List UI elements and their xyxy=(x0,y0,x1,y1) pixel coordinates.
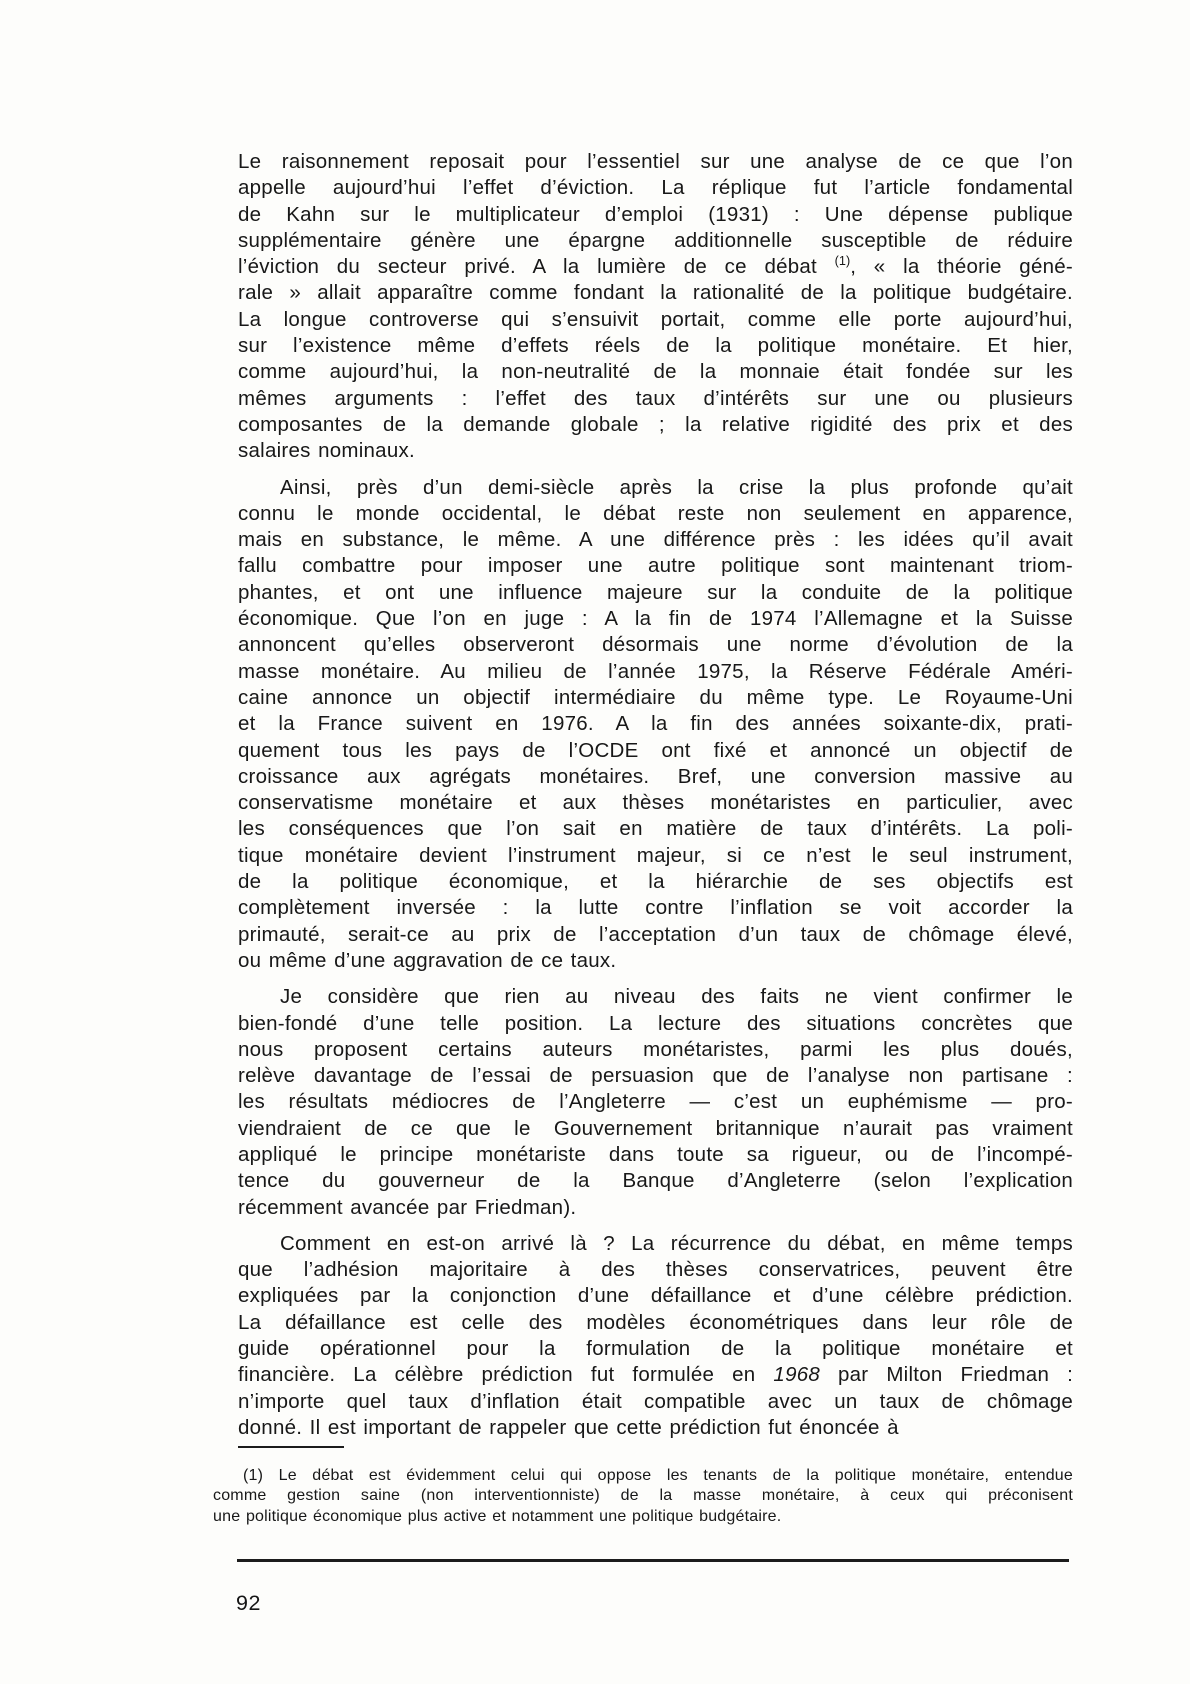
text-line: de Kahn sur le multiplicateur d’emploi (… xyxy=(238,202,1073,228)
paragraph-1: Le raisonnement reposait pour l’essentie… xyxy=(238,149,1073,465)
page-number: 92 xyxy=(236,1591,261,1616)
footnote-line: une politique économique plus active et … xyxy=(213,1507,1073,1527)
text-line: annoncent qu’elles observeront désormais… xyxy=(238,632,1073,658)
text-line: expliquées par la conjonction d’une défa… xyxy=(238,1283,1073,1309)
text-line: sur l’existence même d’effets réels de l… xyxy=(238,333,1073,359)
scanned-page: Le raisonnement reposait pour l’essentie… xyxy=(0,0,1190,1684)
text-line: supplémentaire génère une épargne additi… xyxy=(238,228,1073,254)
text-line: fallu combattre pour imposer une autre p… xyxy=(238,553,1073,579)
text-line: Je considère que rien au niveau des fait… xyxy=(238,984,1073,1010)
text-line: Le raisonnement reposait pour l’essentie… xyxy=(238,149,1073,175)
text-line: appliqué le principe monétariste dans to… xyxy=(238,1142,1073,1168)
text-line: conservatisme monétaire et aux thèses mo… xyxy=(238,790,1073,816)
text-line: nous proposent certains auteurs monétari… xyxy=(238,1037,1073,1063)
text-line: que l’adhésion majoritaire à des thèses … xyxy=(238,1257,1073,1283)
footnote-line: comme gestion saine (non interventionnis… xyxy=(213,1486,1073,1506)
text-line: croissance aux agrégats monétaires. Bref… xyxy=(238,764,1073,790)
text-line: mais en substance, le même. A une différ… xyxy=(238,527,1073,553)
footnote-paragraph: (1) Le débat est évidemment celui qui op… xyxy=(213,1466,1073,1527)
text-line: et la France suivent en 1976. A la fin d… xyxy=(238,711,1073,737)
text-line: donné. Il est important de rappeler que … xyxy=(238,1415,1073,1441)
text-line: caine annonce un objectif intermédiaire … xyxy=(238,685,1073,711)
text-line: financière. La célèbre prédiction fut fo… xyxy=(238,1362,1073,1388)
text-line: l’éviction du secteur privé. A la lumièr… xyxy=(238,254,1073,280)
text-line: n’importe quel taux d’inflation était co… xyxy=(238,1389,1073,1415)
text-line: appelle aujourd’hui l’effet d’éviction. … xyxy=(238,175,1073,201)
text-line: mêmes arguments : l’effet des taux d’int… xyxy=(238,386,1073,412)
text-line: économique. Que l’on en juge : A la fin … xyxy=(238,606,1073,632)
paragraph-2: Ainsi, près d’un demi-siècle après la cr… xyxy=(238,475,1073,975)
footnote-separator-rule xyxy=(238,1446,344,1448)
text-line: les résultats médiocres de l’Angleterre … xyxy=(238,1089,1073,1115)
text-line: composantes de la demande globale ; la r… xyxy=(238,412,1073,438)
text-line: connu le monde occidental, le débat rest… xyxy=(238,501,1073,527)
text-line: Ainsi, près d’un demi-siècle après la cr… xyxy=(238,475,1073,501)
footnote: (1) Le débat est évidemment celui qui op… xyxy=(213,1466,1073,1527)
text-line: quement tous les pays de l’OCDE ont fixé… xyxy=(238,738,1073,764)
text-column: Le raisonnement reposait pour l’essentie… xyxy=(238,149,1073,1441)
text-line: complètement inversée : la lutte contre … xyxy=(238,895,1073,921)
text-line: ou même d’une aggravation de ce taux. xyxy=(238,948,1073,974)
text-line: les conséquences que l’on sait en matièr… xyxy=(238,816,1073,842)
text-line: rale » allait apparaître comme fondant l… xyxy=(238,280,1073,306)
text-line: tique monétaire devient l’instrument maj… xyxy=(238,843,1073,869)
text-line: comme aujourd’hui, la non-neutralité de … xyxy=(238,359,1073,385)
text-line: bien-fondé d’une telle position. La lect… xyxy=(238,1011,1073,1037)
text-line: masse monétaire. Au milieu de l’année 19… xyxy=(238,659,1073,685)
text-line: viendraient de ce que le Gouvernement br… xyxy=(238,1116,1073,1142)
text-line: récemment avancée par Friedman). xyxy=(238,1195,1073,1221)
text-line: La longue controverse qui s’ensuivit por… xyxy=(238,307,1073,333)
text-line: tence du gouverneur de la Banque d’Angle… xyxy=(238,1168,1073,1194)
text-line: La défaillance est celle des modèles éco… xyxy=(238,1310,1073,1336)
text-line: relève davantage de l’essai de persuasio… xyxy=(238,1063,1073,1089)
text-line: de la politique économique, et la hiérar… xyxy=(238,869,1073,895)
text-line: salaires nominaux. xyxy=(238,438,1073,464)
paragraph-3: Je considère que rien au niveau des fait… xyxy=(238,984,1073,1221)
paragraph-4: Comment en est-on arrivé là ? La récurre… xyxy=(238,1231,1073,1441)
bottom-rule xyxy=(237,1559,1069,1562)
text-line: primauté, serait-ce au prix de l’accepta… xyxy=(238,922,1073,948)
text-line: phantes, et ont une influence majeure su… xyxy=(238,580,1073,606)
footnote-line: (1) Le débat est évidemment celui qui op… xyxy=(213,1466,1073,1486)
text-line: guide opérationnel pour la formulation d… xyxy=(238,1336,1073,1362)
text-line: Comment en est-on arrivé là ? La récurre… xyxy=(238,1231,1073,1257)
